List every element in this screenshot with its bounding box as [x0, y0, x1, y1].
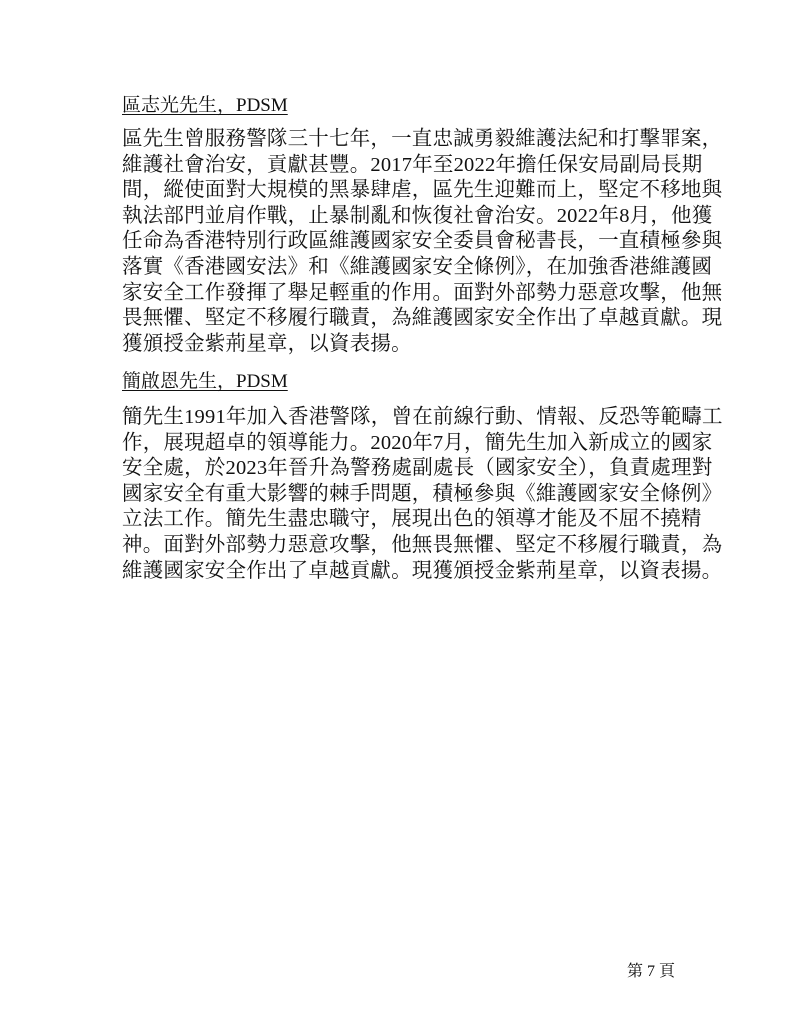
body-line: 家安全工作發揮了舉足輕重的作用。面對外部勢力惡意攻擊，他無 — [122, 281, 692, 307]
page-number: 第 7 頁 — [627, 958, 675, 981]
body-line: 安全處，於2023年晉升為警務處副處長（國家安全），負責處理對 — [122, 456, 692, 482]
body-line: 畏無懼、堅定不移履行職責，為維護國家安全作出了卓越貢獻。現 — [122, 306, 692, 332]
body-line: 作，展現超卓的領導能力。2020年7月，簡先生加入新成立的國家 — [122, 431, 692, 457]
section-body-kan-kai-yan: 簡先生1991年加入香港警隊，曾在前線行動、情報、反恐等範疇工 作，展現超卓的領… — [122, 405, 692, 584]
body-line: 神。面對外部勢力惡意攻擊，他無畏無懼、堅定不移履行職責，為 — [122, 533, 692, 559]
body-line: 獲頒授金紫荊星章，以資表揚。 — [122, 332, 692, 358]
body-line: 立法工作。簡先生盡忠職守，展現出色的領導才能及不屈不撓精 — [122, 507, 692, 533]
body-line: 執法部門並肩作戰，止暴制亂和恢復社會治安。2022年8月，他獲 — [122, 204, 692, 230]
body-line: 間，縱使面對大規模的黑暴肆虐，區先生迎難而上，堅定不移地與 — [122, 178, 692, 204]
section-body-au-chi-kwong: 區先生曾服務警隊三十七年，一直忠誠勇毅維護法紀和打擊罪案， 維護社會治安，貢獻甚… — [122, 127, 692, 357]
body-line: 任命為香港特別行政區維護國家安全委員會秘書長，一直積極參與 — [122, 229, 692, 255]
section-heading-au-chi-kwong: 區志光先生，PDSM — [122, 94, 288, 118]
body-line: 落實《香港國安法》和《維護國家安全條例》，在加強香港維護國 — [122, 255, 692, 281]
body-line: 簡先生1991年加入香港警隊，曾在前線行動、情報、反恐等範疇工 — [122, 405, 692, 431]
body-line: 維護國家安全作出了卓越貢獻。現獲頒授金紫荊星章，以資表揚。 — [122, 559, 692, 585]
body-line: 國家安全有重大影響的棘手問題，積極參與《維護國家安全條例》 — [122, 482, 692, 508]
document-page: 區志光先生，PDSM 區先生曾服務警隊三十七年，一直忠誠勇毅維護法紀和打擊罪案，… — [0, 0, 791, 1024]
body-line: 區先生曾服務警隊三十七年，一直忠誠勇毅維護法紀和打擊罪案， — [122, 127, 692, 153]
body-line: 維護社會治安，貢獻甚豐。2017年至2022年擔任保安局副局長期 — [122, 153, 692, 179]
section-heading-kan-kai-yan: 簡啟恩先生，PDSM — [122, 370, 288, 394]
